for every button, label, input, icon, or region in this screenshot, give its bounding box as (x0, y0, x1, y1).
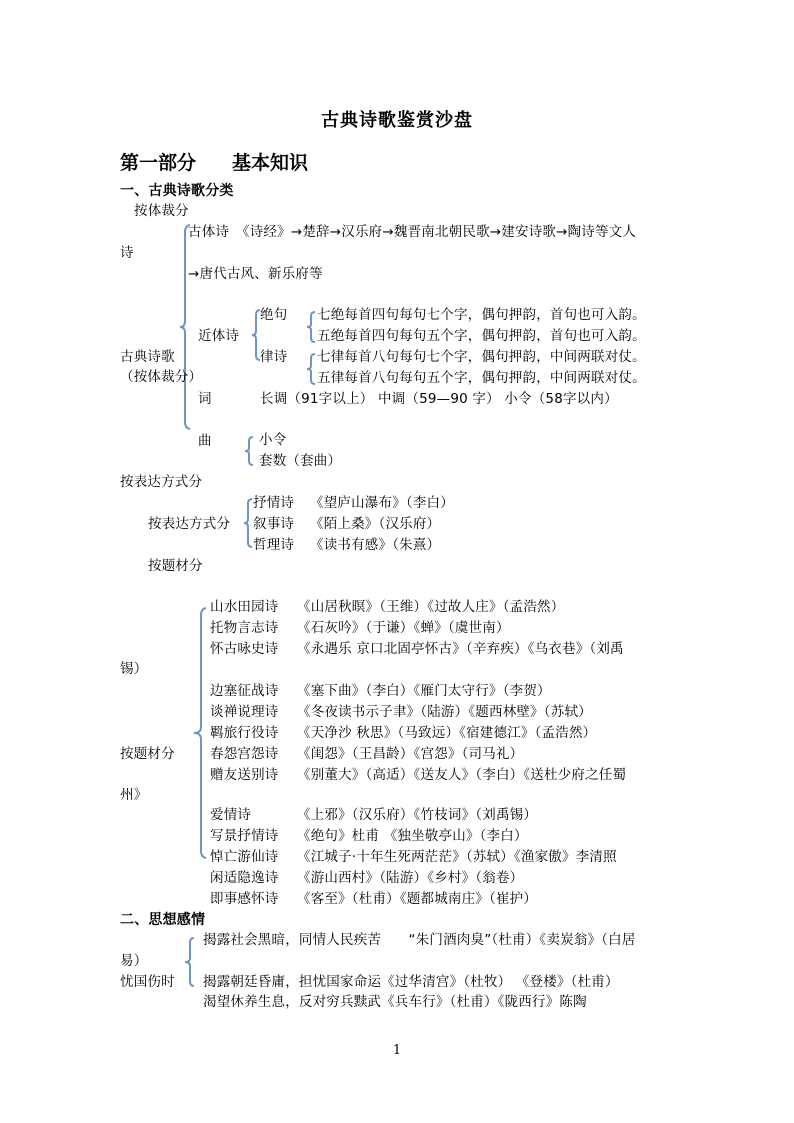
jueju-item-2: 五绝每首四句每句五个字，偶句押韵，首句也可入韵。 (317, 327, 646, 345)
expression-type-3: 哲理诗 (253, 536, 294, 554)
thought-item-1: 揭露社会黑暗，同情人民疾苦 “朱门酒肉臭”（杜甫）《卖炭翁》（白居 (203, 931, 636, 949)
theme-type-11: 悼亡游仙诗 (210, 848, 279, 866)
ci-label: 词 (198, 390, 212, 408)
brace-lushi (306, 353, 316, 385)
thought-wrap-1: 易） (120, 952, 147, 970)
theme-type-12: 闲适隐逸诗 (210, 869, 279, 887)
brace-thoughts (183, 937, 195, 987)
expression-works-2: 《陌上桑》（汉乐府） (310, 515, 440, 533)
theme-works-6: 《天净沙 秋思》（马致远）《宿建德江》（孟浩然） (297, 724, 596, 742)
qu-item-2: 套数（套曲） (259, 452, 341, 470)
section-heading-classification: 一、古典诗歌分类 (120, 182, 234, 200)
document-title: 古典诗歌鉴赏沙盘 (0, 106, 794, 132)
theme-works-4: 《塞下曲》（李白）《雁门太守行》（李贺） (297, 682, 551, 700)
by-theme-root: 按题材分 (120, 745, 175, 763)
theme-works-1: 《山居秋暝》（王维）《过故人庄》（孟浩然） (297, 598, 564, 616)
theme-works-8: 《别董大》（高适）《送友人》（李白）《送杜少府之任蜀 (297, 766, 626, 784)
part-heading: 第一部分基本知识 (120, 148, 308, 175)
theme-type-13: 即事感怀诗 (210, 890, 279, 908)
by-expression-label: 按表达方式分 (120, 473, 202, 491)
root-sub-by-form: （按体裁分） (120, 368, 202, 386)
theme-type-8: 赠友送别诗 (210, 766, 279, 784)
by-form-label: 按体裁分 (134, 202, 189, 220)
theme-works-7: 《闺怨》（王昌龄）《宫怨》（司马礼） (297, 745, 523, 763)
theme-type-1: 山水田园诗 (210, 598, 279, 616)
brace-jueju (306, 311, 316, 343)
brace-qu (244, 436, 254, 466)
jueju-item-1: 七绝每首四句每句七个字，偶句押韵，首句也可入韵。 (317, 306, 646, 324)
lushi-item-2: 五律每首八句每句五个字，偶句押韵，中间两联对仗。 (317, 369, 646, 387)
part-name: 基本知识 (232, 152, 308, 174)
gutishi-line: 古体诗 《诗经》→楚辞→汉乐府→魏晋南北朝民歌→建安诗歌→陶诗等文人 (188, 223, 636, 241)
theme-works-10: 《绝句》杜甫 《独坐敬亭山》（李白） (297, 827, 528, 845)
brace-by-expression (243, 498, 253, 548)
thought-item-2: 揭露朝廷昏庸，担忧国家命运《过华清宫》（杜牧） 《登楼》（杜甫） (203, 973, 619, 991)
page-number: 1 (0, 1043, 794, 1058)
qu-item-1: 小令 (259, 431, 286, 449)
gutishi-wrap: 诗 (120, 244, 134, 262)
root-label-classical-poetry: 古典诗歌 (120, 348, 175, 366)
expression-type-2: 叙事诗 (253, 515, 294, 533)
section-heading-thoughts: 二、思想感情 (120, 911, 205, 929)
expression-works-1: 《望庐山瀑布》（李白） (310, 494, 454, 512)
thought-root: 忧国伤时 (120, 973, 175, 991)
theme-works-13: 《客至》（杜甫）《题都城南庄》（崔护） (297, 890, 537, 908)
jueju-label: 绝句 (260, 306, 287, 324)
brace-by-theme (192, 607, 208, 859)
jintishi-label: 近体诗 (198, 327, 239, 345)
lushi-item-1: 七律每首八句每句七个字，偶句押韵，中间两联对仗。 (317, 348, 646, 366)
theme-type-5: 谈禅说理诗 (210, 703, 279, 721)
theme-works-3: 《永遇乐 京口北固亭怀古》（辛弃疾）《乌衣巷》（刘禹 (297, 640, 624, 658)
theme-works-2: 《石灰吟》（于谦）《蝉》（虞世南） (297, 619, 510, 637)
theme-wrap-3: 锡） (120, 660, 147, 678)
ci-desc: 长调（91字以上） 中调（59—90 字） 小令（58字以内） (260, 390, 618, 408)
theme-wrap-8: 州》 (120, 786, 147, 804)
theme-type-3: 怀古咏史诗 (210, 640, 279, 658)
theme-works-5: 《冬夜读书示子聿》（陆游）《题西林壁》（苏轼） (297, 703, 592, 721)
theme-type-6: 羁旅行役诗 (210, 724, 279, 742)
qu-label: 曲 (198, 432, 212, 450)
theme-works-11: 《江城子·十年生死两茫茫》（苏轼）《渔家傲》李清照 (297, 848, 617, 866)
part-label: 第一部分 (120, 152, 196, 174)
theme-type-7: 春怨宫怨诗 (210, 745, 279, 763)
theme-type-2: 托物言志诗 (210, 619, 279, 637)
expression-type-1: 抒情诗 (253, 494, 294, 512)
by-theme-label: 按题材分 (148, 557, 203, 575)
theme-type-4: 边塞征战诗 (210, 682, 279, 700)
by-expression-root: 按表达方式分 (148, 515, 230, 533)
theme-type-10: 写景抒情诗 (210, 827, 279, 845)
theme-type-9: 爱情诗 (210, 806, 251, 824)
gutishi-line2: →唐代古风、新乐府等 (188, 265, 323, 283)
expression-works-3: 《读书有感》（朱熹） (310, 536, 440, 554)
thought-item-3: 渴望休养生息，反对穷兵黩武《兵车行》（杜甫）《陇西行》陈陶 (203, 993, 587, 1011)
theme-works-9: 《上邪》（汉乐府）《竹枝词》（刘禹锡） (297, 806, 537, 824)
brace-by-form (178, 224, 192, 430)
lushi-label: 律诗 (260, 348, 287, 366)
theme-works-12: 《游山西村》（陆游）《乡村》（翁卷） (297, 869, 523, 887)
